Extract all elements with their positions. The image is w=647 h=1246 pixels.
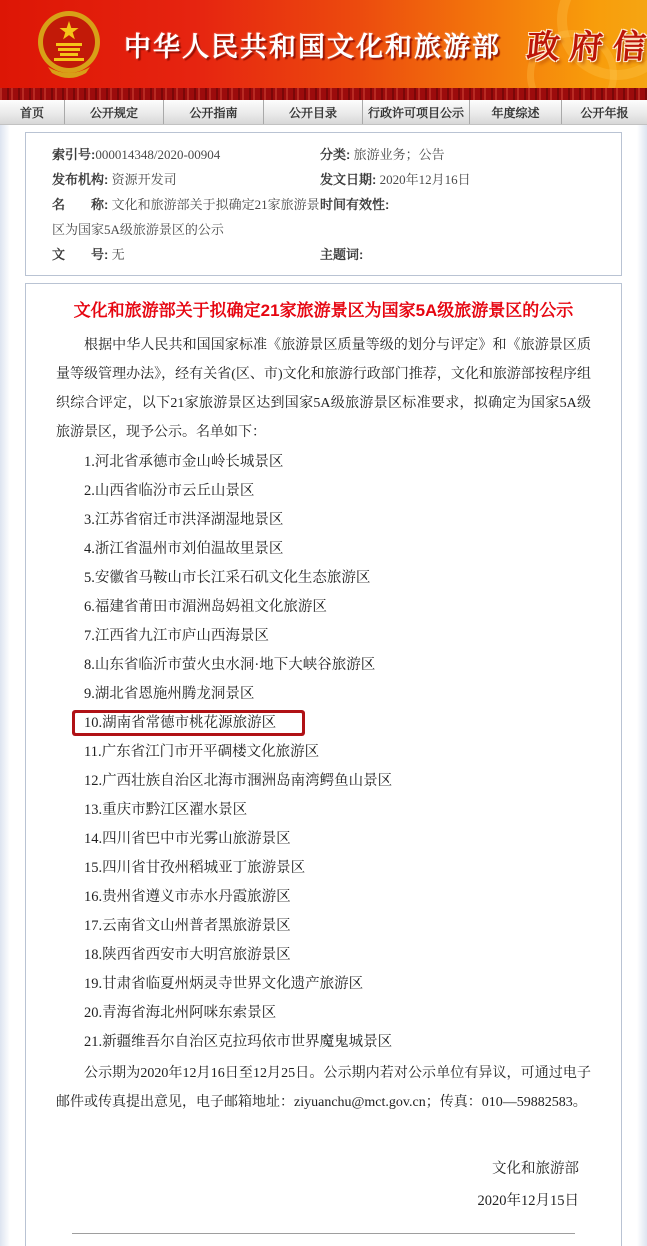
- page: 中华人民共和国文化和旅游部 政府信息公开 首页 公开规定 公开指南 公开目录 行…: [0, 0, 647, 1246]
- list-item: 20.青海省海北州阿咪东索景区: [56, 999, 591, 1028]
- list-item: 12.广西壮族自治区北海市涠洲岛南湾鳄鱼山景区: [56, 767, 591, 796]
- gov-info-disclosure-title: 政府信息公开: [525, 21, 647, 68]
- document-intro-paragraph: 根据中华人民共和国国家标准《旅游景区质量等级的划分与评定》和《旅游景区质量等级管…: [56, 331, 591, 447]
- meta-row: 名 称: 文化和旅游部关于拟确定21家旅游景区为国家5A级旅游景区的公示 时间有…: [52, 192, 595, 242]
- page-edge-right: [637, 125, 647, 1246]
- list-item: 8.山东省临沂市萤火虫水洞·地下大峡谷旅游区: [56, 651, 591, 680]
- nav-tab-catalog[interactable]: 公开目录: [264, 100, 363, 124]
- list-item: 7.江西省九江市庐山西海景区: [56, 622, 591, 651]
- china-national-emblem-icon: [36, 9, 102, 79]
- nav-tab-rules[interactable]: 公开规定: [65, 100, 164, 124]
- meta-label-category: 分类:: [320, 147, 350, 162]
- nav-tab-annual-report[interactable]: 公开年报: [562, 100, 647, 124]
- list-item: 2.山西省临汾市云丘山景区: [56, 477, 591, 506]
- list-item: 1.河北省承德市金山岭长城景区: [56, 448, 591, 477]
- footer-divider: [72, 1233, 575, 1234]
- red-annotation-box: 10.湖南省常德市桃花源旅游区: [75, 713, 302, 733]
- decorative-strip: [0, 88, 647, 100]
- meta-label-doc-number: 文 号:: [52, 247, 108, 262]
- list-item: 15.四川省甘孜州稻城亚丁旅游景区: [56, 854, 591, 883]
- nav-tab-home[interactable]: 首页: [0, 100, 65, 124]
- list-item: 21.新疆维吾尔自治区克拉玛依市世界魔鬼城景区: [56, 1028, 591, 1057]
- header-banner: 中华人民共和国文化和旅游部 政府信息公开: [0, 0, 647, 88]
- list-item: 19.甘肃省临夏州炳灵寺世界文化遗产旅游区: [56, 970, 591, 999]
- announcement-document: 文化和旅游部关于拟确定21家旅游景区为国家5A级旅游景区的公示 根据中华人民共和…: [25, 283, 622, 1246]
- page-edge-left: [0, 125, 10, 1246]
- meta-value-index: 000014348/2020-00904: [95, 147, 220, 162]
- meta-label-name: 名 称:: [52, 197, 108, 212]
- meta-label-index: 索引号:: [52, 147, 95, 162]
- scenic-area-list: 1.河北省承德市金山岭长城景区 2.山西省临汾市云丘山景区 3.江苏省宿迁市洪泽…: [56, 448, 591, 1057]
- meta-row: 发布机构: 资源开发司 发文日期: 2020年12月16日: [52, 167, 595, 192]
- meta-value-issuer: 资源开发司: [112, 172, 177, 187]
- meta-label-validity: 时间有效性:: [320, 197, 389, 212]
- signature-org: 文化和旅游部: [56, 1153, 579, 1185]
- meta-value-category: 旅游业务；公告: [354, 147, 445, 162]
- list-item: 13.重庆市黔江区濯水景区: [56, 796, 591, 825]
- list-item: 17.云南省文山州普者黑旅游景区: [56, 912, 591, 941]
- meta-row: 索引号:000014348/2020-00904 分类: 旅游业务；公告: [52, 142, 595, 167]
- list-item: 6.福建省莆田市湄洲岛妈祖文化旅游区: [56, 593, 591, 622]
- meta-value-issue-date: 2020年12月16日: [380, 172, 471, 187]
- list-item: 14.四川省巴中市光雾山旅游景区: [56, 825, 591, 854]
- nav-tab-annual-overview[interactable]: 年度综述: [470, 100, 562, 124]
- list-item: 4.浙江省温州市刘伯温故里景区: [56, 535, 591, 564]
- document-closing-paragraph: 公示期为2020年12月16日至12月25日。公示期内若对公示单位有异议，可通过…: [56, 1059, 591, 1117]
- meta-value-doc-number: 无: [112, 247, 125, 262]
- list-item: 18.陕西省西安市大明宫旅游景区: [56, 941, 591, 970]
- meta-label-issue-date: 发文日期:: [320, 172, 376, 187]
- list-item: 16.贵州省遵义市赤水丹霞旅游区: [56, 883, 591, 912]
- list-item: 3.江苏省宿迁市洪泽湖湿地景区: [56, 506, 591, 535]
- list-item-highlighted: 10.湖南省常德市桃花源旅游区: [56, 709, 591, 738]
- nav-tab-guide[interactable]: 公开指南: [164, 100, 264, 124]
- nav-bar: 首页 公开规定 公开指南 公开目录 行政许可项目公示 年度综述 公开年报: [0, 100, 647, 125]
- ministry-title: 中华人民共和国文化和旅游部: [124, 25, 501, 64]
- meta-label-keywords: 主题词:: [320, 247, 363, 262]
- document-metadata-table: 索引号:000014348/2020-00904 分类: 旅游业务；公告 发布机…: [25, 132, 622, 276]
- signature-block: 文化和旅游部 2020年12月15日: [56, 1153, 591, 1217]
- signature-date: 2020年12月15日: [56, 1185, 579, 1217]
- meta-row: 文 号: 无 主题词:: [52, 242, 595, 267]
- list-item: 11.广东省江门市开平碉楼文化旅游区: [56, 738, 591, 767]
- list-item: 5.安徽省马鞍山市长江采石矶文化生态旅游区: [56, 564, 591, 593]
- list-item: 9.湖北省恩施州腾龙洞景区: [56, 680, 591, 709]
- document-title: 文化和旅游部关于拟确定21家旅游景区为国家5A级旅游景区的公示: [56, 298, 591, 324]
- meta-label-issuer: 发布机构:: [52, 172, 108, 187]
- nav-tab-admin-license[interactable]: 行政许可项目公示: [363, 100, 470, 124]
